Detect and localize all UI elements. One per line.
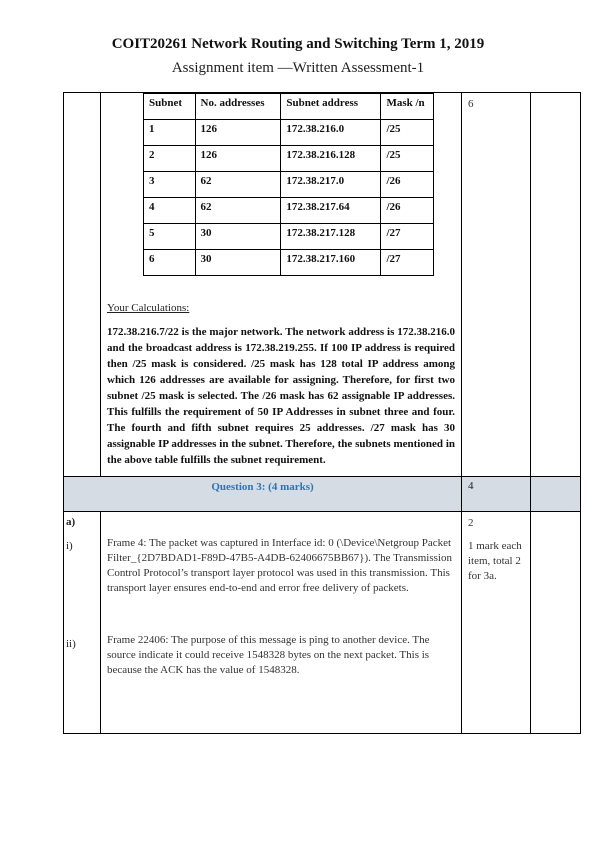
- table-row: 3 62 172.38.217.0 /26: [144, 172, 434, 198]
- subnet-address-cell: 172.38.216.0: [281, 120, 381, 146]
- subnet-address-cell: 172.38.217.160: [281, 250, 381, 276]
- question2-row: Subnet No. addresses Subnet address Mask…: [64, 93, 581, 477]
- question3-header-row: Question 3: (4 marks) 4: [64, 477, 581, 512]
- header-subnet: Subnet: [144, 94, 196, 120]
- table-row: 2 126 172.38.216.128 /25: [144, 146, 434, 172]
- table-row: 4 62 172.38.217.64 /26: [144, 198, 434, 224]
- marks-cell: 6: [462, 93, 531, 477]
- item-ii-label: ii): [66, 638, 98, 650]
- part-a-score-cell: [531, 512, 581, 734]
- mask-cell: /25: [381, 120, 434, 146]
- part-a-marks-cell: 2 1 mark each item, total 2 for 3a.: [462, 512, 531, 734]
- subnet-address-cell: 172.38.216.128: [281, 146, 381, 172]
- table-row: 1 126 172.38.216.0 /25: [144, 120, 434, 146]
- document-subtitle: Assignment item —Written Assessment-1: [0, 60, 596, 77]
- subnet-cell: 3: [144, 172, 196, 198]
- question3-title: Question 3: (4 marks): [64, 477, 462, 512]
- question3a-row: a) i) ii) Frame 4: The packet was captur…: [64, 512, 581, 734]
- part-a-marks-note: 1 mark each item, total 2 for 3a.: [468, 539, 524, 584]
- part-a-label: a): [66, 516, 98, 528]
- mask-cell: /26: [381, 172, 434, 198]
- mask-cell: /26: [381, 198, 434, 224]
- mask-cell: /27: [381, 224, 434, 250]
- subnet-address-cell: 172.38.217.64: [281, 198, 381, 224]
- assessment-table: Subnet No. addresses Subnet address Mask…: [63, 92, 581, 734]
- answer-ii-text: Frame 22406: The purpose of this message…: [101, 629, 461, 682]
- addresses-cell: 30: [195, 250, 281, 276]
- subnet-address-cell: 172.38.217.128: [281, 224, 381, 250]
- question3-marks: 4: [462, 477, 531, 512]
- addresses-cell: 126: [195, 120, 281, 146]
- header-no-addresses: No. addresses: [195, 94, 281, 120]
- answer-i-text: Frame 4: The packet was captured in Inte…: [101, 532, 461, 600]
- header-mask: Mask /n: [381, 94, 434, 120]
- addresses-cell: 62: [195, 172, 281, 198]
- addresses-cell: 30: [195, 224, 281, 250]
- score-cell: [531, 93, 581, 477]
- table-row: 5 30 172.38.217.128 /27: [144, 224, 434, 250]
- addresses-cell: 62: [195, 198, 281, 224]
- addresses-cell: 126: [195, 146, 281, 172]
- subnet-address-cell: 172.38.217.0: [281, 172, 381, 198]
- table-row: 6 30 172.38.217.160 /27: [144, 250, 434, 276]
- answer-cell: Subnet No. addresses Subnet address Mask…: [101, 93, 462, 477]
- mask-cell: /27: [381, 250, 434, 276]
- mask-cell: /25: [381, 146, 434, 172]
- part-a-answer-cell: Frame 4: The packet was captured in Inte…: [101, 512, 462, 734]
- subnet-cell: 5: [144, 224, 196, 250]
- question-number-cell: [64, 93, 101, 477]
- question3-score-cell: [531, 477, 581, 512]
- item-i-label: i): [66, 540, 98, 552]
- header-subnet-address: Subnet address: [281, 94, 381, 120]
- subnet-cell: 6: [144, 250, 196, 276]
- subnet-table-header: Subnet No. addresses Subnet address Mask…: [144, 94, 434, 120]
- subnet-table: Subnet No. addresses Subnet address Mask…: [143, 93, 434, 276]
- subnet-cell: 4: [144, 198, 196, 224]
- calculations-text: 172.38.216.7/22 is the major network. Th…: [107, 324, 455, 468]
- document-title: COIT20261 Network Routing and Switching …: [0, 36, 596, 53]
- calculations-label: Your Calculations:: [107, 302, 461, 314]
- subnet-cell: 1: [144, 120, 196, 146]
- part-label-cell: a) i) ii): [64, 512, 101, 734]
- subnet-cell: 2: [144, 146, 196, 172]
- part-a-marks: 2: [468, 516, 524, 531]
